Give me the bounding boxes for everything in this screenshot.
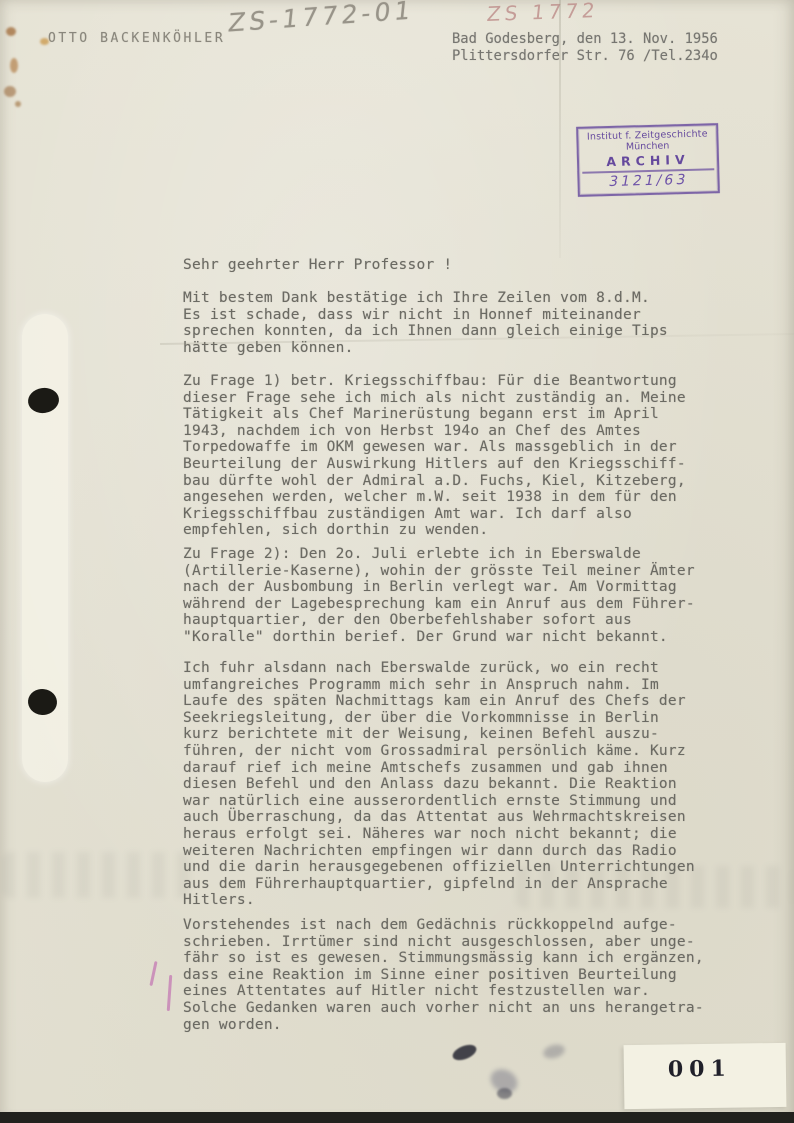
handwritten-archive-number-pink: ZS 1772 [486, 0, 600, 26]
dateline-place-date: Bad Godesberg, den 13. Nov. 1956 [452, 31, 718, 47]
letter-paragraph-2: Zu Frage 1) betr. Kriegsschiffbau: Für d… [183, 373, 686, 539]
rust-stain [40, 38, 49, 45]
dateline-address: Plittersdorfer Str. 76 /Tel.234o [452, 48, 718, 64]
page-number: 001 [668, 1056, 732, 1083]
rust-stain [15, 101, 21, 107]
handwritten-archive-number-pencil: ZS-1772-01 [227, 0, 416, 38]
rust-stain [4, 86, 16, 97]
stamp-handwritten-number: 3121/63 [578, 171, 719, 191]
letter-paragraph-3: Zu Frage 2): Den 2o. Juli erlebte ich in… [183, 546, 695, 646]
ink-smudge [450, 1042, 478, 1063]
margin-mark-pink-2 [167, 975, 172, 1011]
archive-stamp: Institut f. Zeitgeschichte München ARCHI… [576, 123, 720, 197]
pagination-slip: 001 [624, 1043, 787, 1109]
letter-paragraph-5: Vorstehendes ist nach dem Gedächnis rück… [183, 917, 704, 1033]
letter-paragraph-1: Mit bestem Dank bestätige ich Ihre Zeile… [183, 290, 668, 356]
ink-smudge [542, 1042, 567, 1060]
letter-salutation: Sehr geehrter Herr Professor ! [183, 257, 452, 274]
scanned-letter-page: ZS-1772-01 ZS 1772 OTTO BACKENKÖHLER Bad… [0, 0, 794, 1123]
letterhead-sender-name: OTTO BACKENKÖHLER [48, 31, 225, 46]
margin-mark-pink-1 [149, 961, 157, 986]
bleed-through-mark-right [516, 866, 792, 908]
stamp-archiv-line: ARCHIV [579, 151, 717, 170]
rust-stain [6, 27, 16, 36]
ink-smudge [497, 1088, 512, 1099]
bleed-through-mark-left [2, 852, 190, 898]
dateline-block: Bad Godesberg, den 13. Nov. 1956Plitters… [452, 31, 718, 65]
scan-edge-bar [0, 1112, 794, 1123]
rust-stain [10, 58, 18, 73]
